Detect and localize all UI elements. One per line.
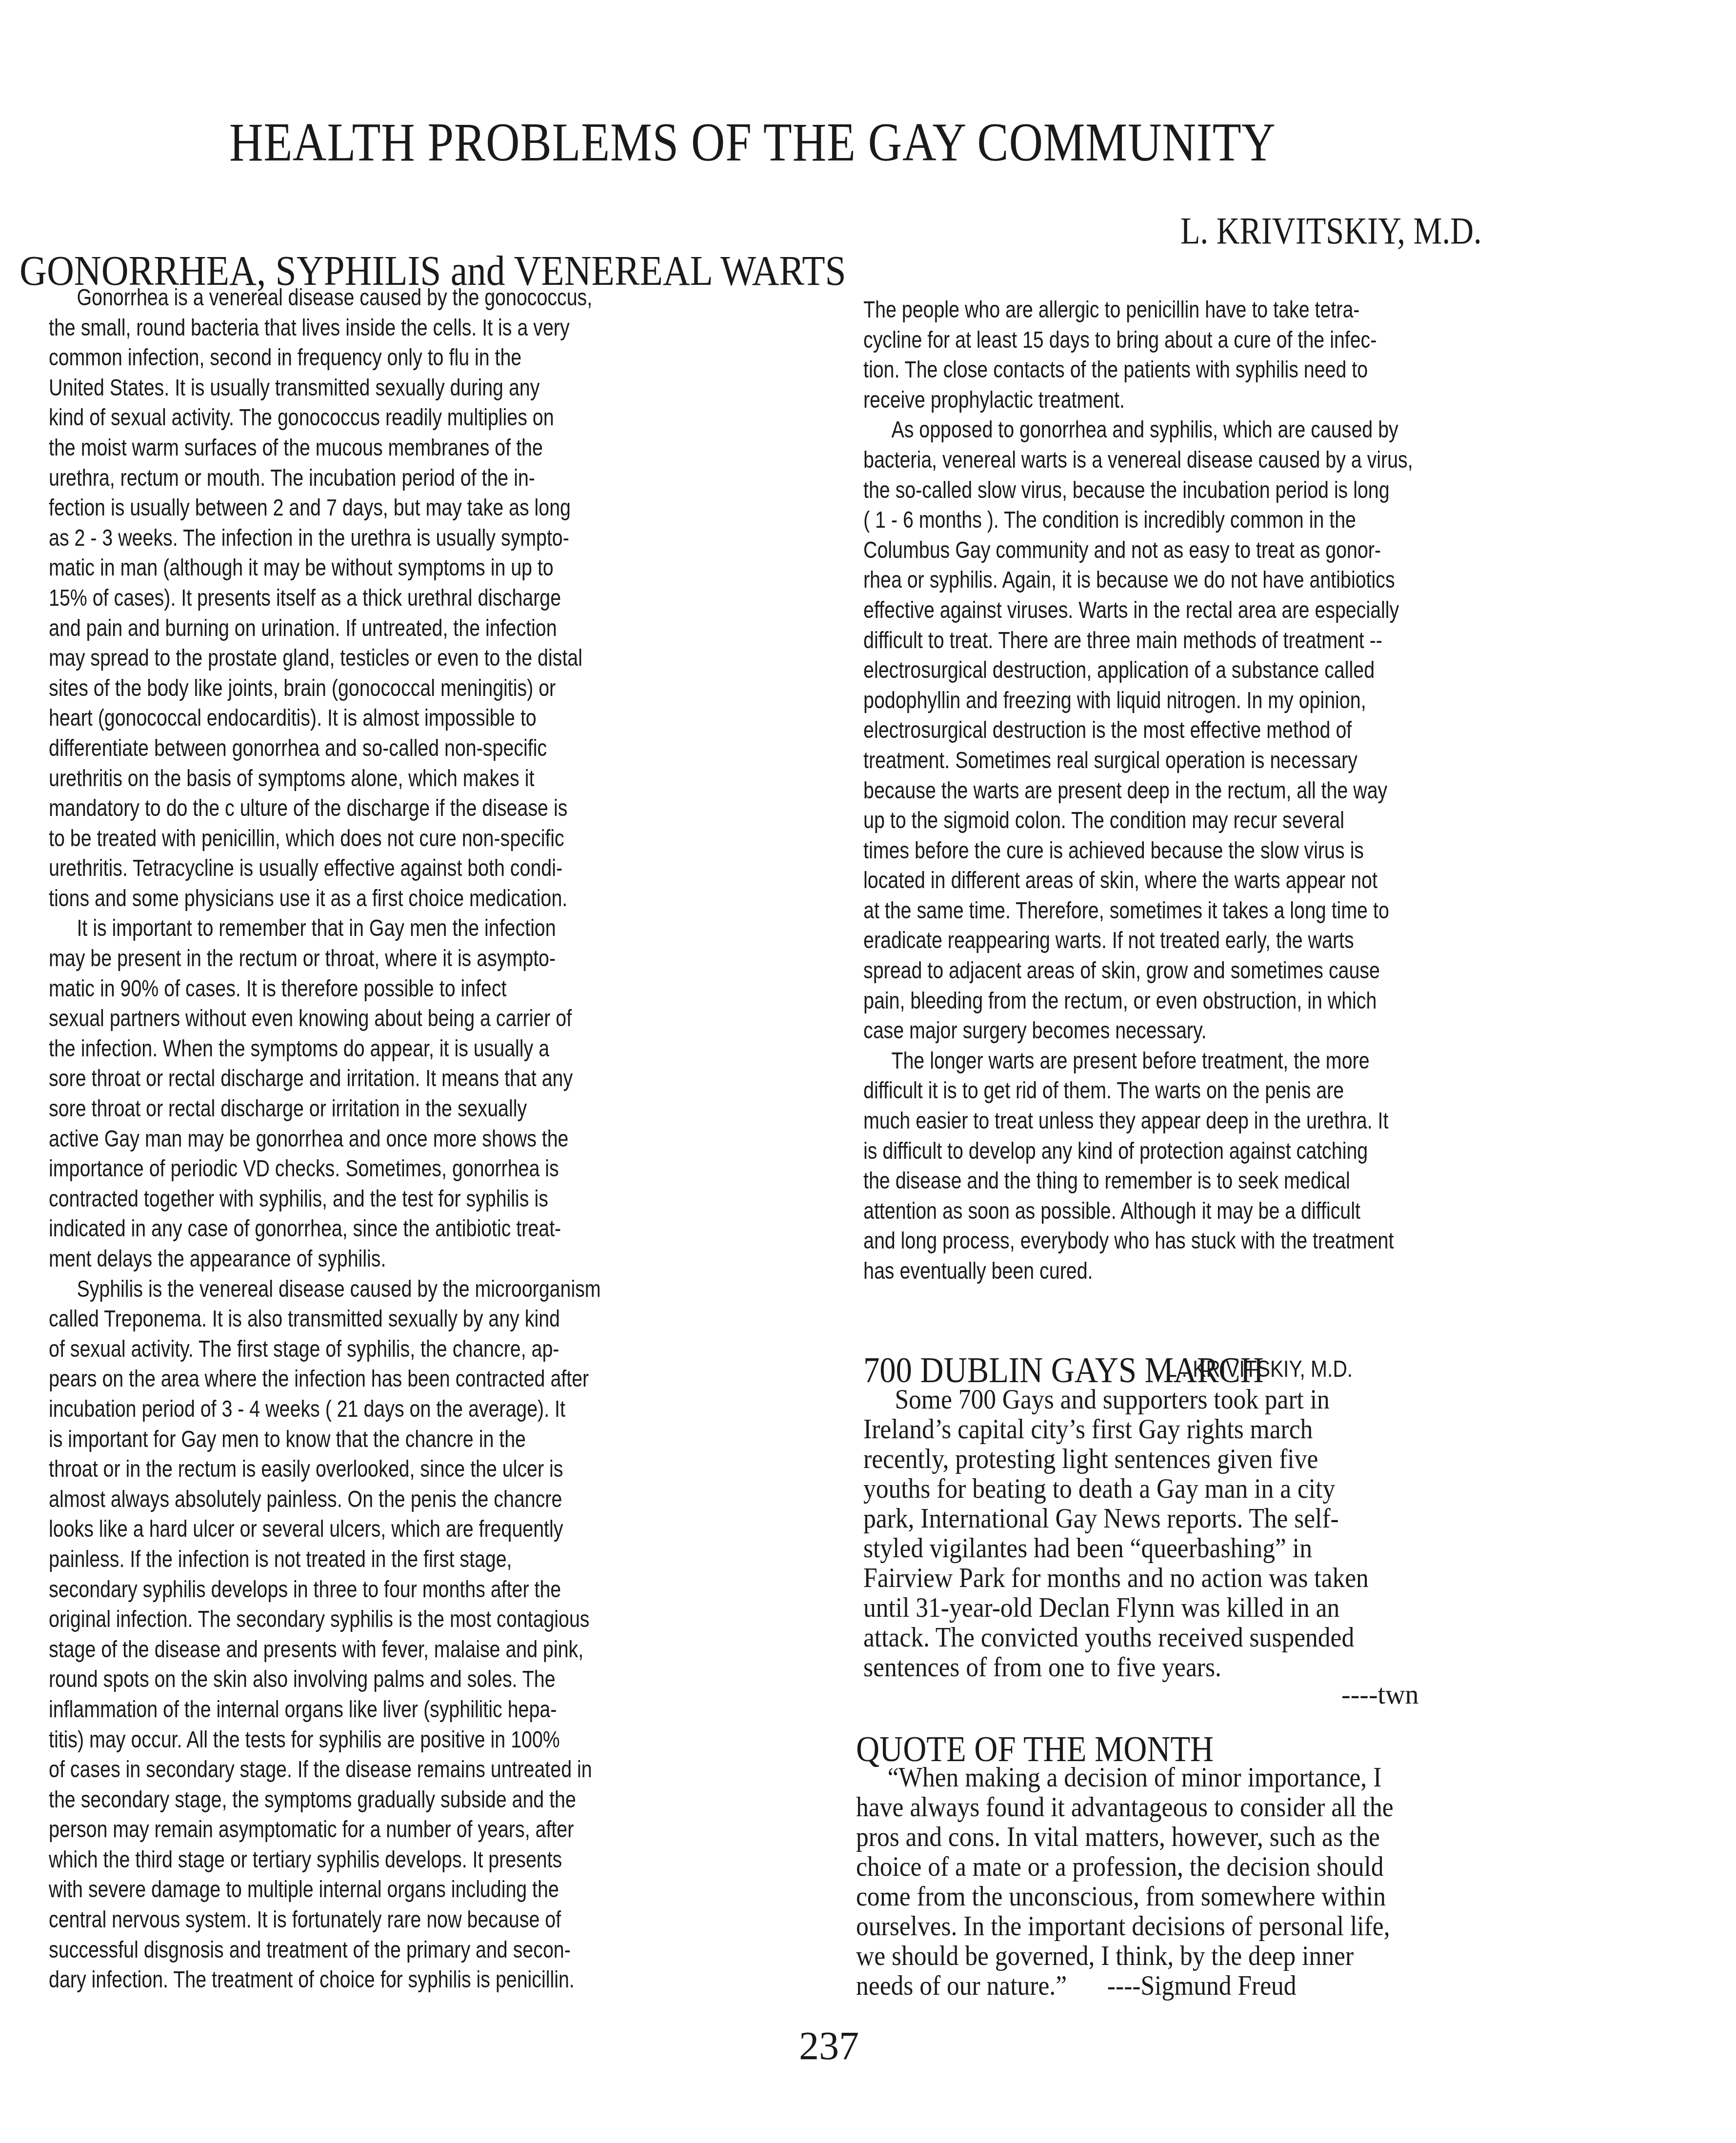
right-column-line: located in different areas of skin, wher… bbox=[863, 866, 1503, 896]
right-column-line: because the warts are present deep in th… bbox=[863, 776, 1503, 806]
left-column-line: sore throat or rectal discharge or irrit… bbox=[49, 1094, 689, 1124]
news-body-line: Ireland’s capital city’s first Gay right… bbox=[863, 1415, 1581, 1445]
right-column-line: difficult it is to get rid of them. The … bbox=[863, 1076, 1503, 1106]
news-body: Some 700 Gays and supporters took part i… bbox=[863, 1385, 1644, 1683]
left-column-line: may spread to the prostate gland, testic… bbox=[49, 643, 689, 674]
left-column-line: successful disgnosis and treatment of th… bbox=[49, 1935, 689, 1965]
quote-line: choice of a mate or a profession, the de… bbox=[856, 1852, 1574, 1882]
left-column-line: stage of the disease and presents with f… bbox=[49, 1635, 689, 1665]
left-column-line: central nervous system. It is fortunatel… bbox=[49, 1905, 689, 1935]
left-column-line: pears on the area where the infection ha… bbox=[49, 1364, 689, 1394]
left-column-line: original infection. The secondary syphil… bbox=[49, 1605, 689, 1635]
news-body-line: Fairview Park for months and no action w… bbox=[863, 1564, 1581, 1593]
left-column-line: called Treponema. It is also transmitted… bbox=[49, 1304, 689, 1334]
right-column-line: Columbus Gay community and not as easy t… bbox=[863, 536, 1503, 566]
news-body-line: until 31-year-old Declan Flynn was kille… bbox=[863, 1593, 1581, 1623]
quote-line: ourselves. In the important decisions of… bbox=[856, 1912, 1574, 1942]
right-column-line: ( 1 - 6 months ). The condition is incre… bbox=[863, 505, 1503, 536]
left-column-line: kind of sexual activity. The gonococcus … bbox=[49, 403, 689, 433]
left-column-line: which the third stage or tertiary syphil… bbox=[49, 1845, 689, 1875]
left-column-line: throat or in the rectum is easily overlo… bbox=[49, 1454, 689, 1485]
page-title: HEALTH PROBLEMS OF THE GAY COMMUNITY bbox=[229, 111, 1152, 174]
right-column-line: effective against viruses. Warts in the … bbox=[863, 595, 1503, 626]
left-column-line: of sexual activity. The first stage of s… bbox=[49, 1334, 689, 1365]
right-column-line: much easier to treat unless they appear … bbox=[863, 1106, 1503, 1136]
right-column-line: treatment. Sometimes real surgical opera… bbox=[863, 746, 1503, 776]
left-column-line: round spots on the skin also involving p… bbox=[49, 1665, 689, 1695]
left-column-line: differentiate between gonorrhea and so-c… bbox=[49, 734, 689, 764]
left-column-line: the infection. When the symptoms do appe… bbox=[49, 1034, 689, 1064]
right-column-line: electrosurgical destruction, application… bbox=[863, 655, 1503, 686]
left-column-line: urethra, rectum or mouth. The incubation… bbox=[49, 463, 689, 494]
news-credit: ----twn bbox=[1341, 1680, 1419, 1710]
left-column-line: to be treated with penicillin, which doe… bbox=[49, 824, 689, 854]
left-column-line: may be present in the rectum or throat, … bbox=[49, 944, 689, 974]
quote-line: pros and cons. In vital matters, however… bbox=[856, 1823, 1574, 1852]
news-body-line: youths for beating to death a Gay man in… bbox=[863, 1474, 1581, 1504]
right-column-line: The longer warts are present before trea… bbox=[863, 1046, 1503, 1076]
right-column-line: spread to adjacent areas of skin, grow a… bbox=[863, 956, 1503, 986]
left-column-line: inflammation of the internal organs like… bbox=[49, 1695, 689, 1725]
quote-line: “When making a decision of minor importa… bbox=[856, 1763, 1574, 1793]
left-column-line: 15% of cases). It presents itself as a t… bbox=[49, 583, 689, 614]
left-column-line: is important for Gay men to know that th… bbox=[49, 1425, 689, 1455]
right-column-line: and long process, everybody who has stuc… bbox=[863, 1226, 1503, 1256]
right-column-line: up to the sigmoid colon. The condition m… bbox=[863, 806, 1503, 836]
right-column-line: cycline for at least 15 days to bring ab… bbox=[863, 325, 1503, 356]
left-column-line: the moist warm surfaces of the mucous me… bbox=[49, 433, 689, 463]
right-column-line: at the same time. Therefore, sometimes i… bbox=[863, 896, 1503, 926]
right-column-line: attention as soon as possible. Although … bbox=[863, 1196, 1503, 1227]
right-column-line: The people who are allergic to penicilli… bbox=[863, 295, 1503, 325]
right-column-line: tion. The close contacts of the patients… bbox=[863, 355, 1503, 385]
news-body-line: Some 700 Gays and supporters took part i… bbox=[863, 1385, 1581, 1415]
left-column-line: painless. If the infection is not treate… bbox=[49, 1545, 689, 1575]
left-column-line: person may remain asymptomatic for a num… bbox=[49, 1815, 689, 1845]
right-column-line: receive prophylactic treatment. bbox=[863, 385, 1503, 416]
left-column-line: Gonorrhea is a venereal disease caused b… bbox=[49, 283, 689, 313]
article-right-column: The people who are allergic to penicilli… bbox=[863, 295, 1644, 1287]
left-column-line: as 2 - 3 weeks. The infection in the ure… bbox=[49, 523, 689, 554]
right-column-line: bacteria, venereal warts is a venereal d… bbox=[863, 445, 1503, 476]
left-column-line: sore throat or rectal discharge and irri… bbox=[49, 1064, 689, 1094]
left-column-line: with severe damage to multiple internal … bbox=[49, 1875, 689, 1905]
left-column-line: secondary syphilis develops in three to … bbox=[49, 1575, 689, 1605]
left-column-line: matic in man (although it may be without… bbox=[49, 553, 689, 583]
left-column-line: almost always absolutely painless. On th… bbox=[49, 1485, 689, 1515]
news-body-line: sentences of from one to five years. bbox=[863, 1653, 1581, 1683]
right-column-line: As opposed to gonorrhea and syphilis, wh… bbox=[863, 415, 1503, 445]
left-column-line: matic in 90% of cases. It is therefore p… bbox=[49, 974, 689, 1004]
right-column-line: podophyllin and freezing with liquid nit… bbox=[863, 686, 1503, 716]
quote-line: come from the unconscious, from somewher… bbox=[856, 1882, 1574, 1912]
left-column-line: heart (gonococcal endocarditis). It is a… bbox=[49, 703, 689, 734]
right-column-line: rhea or syphilis. Again, it is because w… bbox=[863, 565, 1503, 595]
left-column-line: urethritis. Tetracycline is usually effe… bbox=[49, 853, 689, 884]
news-body-line: attack. The convicted youths received su… bbox=[863, 1623, 1581, 1653]
left-column-line: of cases in secondary stage. If the dise… bbox=[49, 1755, 689, 1785]
right-column-line: the so-called slow virus, because the in… bbox=[863, 476, 1503, 506]
left-column-line: It is important to remember that in Gay … bbox=[49, 913, 689, 944]
news-body-line: park, International Gay News reports. Th… bbox=[863, 1504, 1581, 1534]
left-column-line: importance of periodic VD checks. Someti… bbox=[49, 1154, 689, 1184]
left-column-line: titis) may occur. All the tests for syph… bbox=[49, 1725, 689, 1755]
news-body-line: recently, protesting light sentences giv… bbox=[863, 1445, 1581, 1474]
left-column-line: the secondary stage, the symptoms gradua… bbox=[49, 1785, 689, 1815]
left-column-line: dary infection. The treatment of choice … bbox=[49, 1965, 689, 1995]
quote-line: have always found it advantageous to con… bbox=[856, 1793, 1574, 1823]
left-column-line: contracted together with syphilis, and t… bbox=[49, 1184, 689, 1214]
left-column-line: urethritis on the basis of symptoms alon… bbox=[49, 764, 689, 794]
news-body-line: styled vigilantes had been “queerbashing… bbox=[863, 1534, 1581, 1564]
left-column-line: fection is usually between 2 and 7 days,… bbox=[49, 493, 689, 523]
left-column-line: sexual partners without even knowing abo… bbox=[49, 1004, 689, 1034]
right-column-line: is difficult to develop any kind of prot… bbox=[863, 1136, 1503, 1167]
left-column-line: and pain and burning on urination. If un… bbox=[49, 614, 689, 644]
left-column-line: United States. It is usually transmitted… bbox=[49, 373, 689, 403]
quote-attribution: ----Sigmund Freud bbox=[1107, 1971, 1297, 2001]
left-column-line: looks like a hard ulcer or several ulcer… bbox=[49, 1514, 689, 1545]
left-column-line: sites of the body like joints, brain (go… bbox=[49, 674, 689, 704]
right-column-line: pain, bleeding from the rectum, or even … bbox=[863, 986, 1503, 1016]
left-column-line: incubation period of 3 - 4 weeks ( 21 da… bbox=[49, 1394, 689, 1425]
left-column-line: Syphilis is the venereal disease caused … bbox=[49, 1274, 689, 1305]
article-left-column: Gonorrhea is a venereal disease caused b… bbox=[49, 283, 829, 1995]
quote-body: “When making a decision of minor importa… bbox=[856, 1763, 1636, 2001]
author-byline: L. KRIVITSKIY, M.D. bbox=[1180, 209, 1482, 253]
right-column-line: eradicate reappearing warts. If not trea… bbox=[863, 926, 1503, 956]
left-column-line: the small, round bacteria that lives ins… bbox=[49, 313, 689, 343]
right-column-line: the disease and the thing to remember is… bbox=[863, 1166, 1503, 1196]
right-column-line: has eventually been cured. bbox=[863, 1256, 1503, 1287]
right-column-line: case major surgery becomes necessary. bbox=[863, 1016, 1503, 1046]
page-number: 237 bbox=[799, 2023, 859, 2069]
left-column-line: tions and some physicians use it as a fi… bbox=[49, 884, 689, 914]
right-column-line: times before the cure is achieved becaus… bbox=[863, 836, 1503, 866]
quote-line: needs of our nature.”----Sigmund Freud bbox=[856, 1971, 1574, 2001]
left-column-line: ment delays the appearance of syphilis. bbox=[49, 1244, 689, 1274]
right-column-line: electrosurgical destruction is the most … bbox=[863, 715, 1503, 746]
quote-line: we should be governed, I think, by the d… bbox=[856, 1942, 1574, 1971]
left-column-line: common infection, second in frequency on… bbox=[49, 343, 689, 373]
left-column-line: mandatory to do the c ulture of the disc… bbox=[49, 794, 689, 824]
right-column-line: difficult to treat. There are three main… bbox=[863, 626, 1503, 656]
left-column-line: indicated in any case of gonorrhea, sinc… bbox=[49, 1214, 689, 1244]
left-column-line: active Gay man may be gonorrhea and once… bbox=[49, 1124, 689, 1154]
